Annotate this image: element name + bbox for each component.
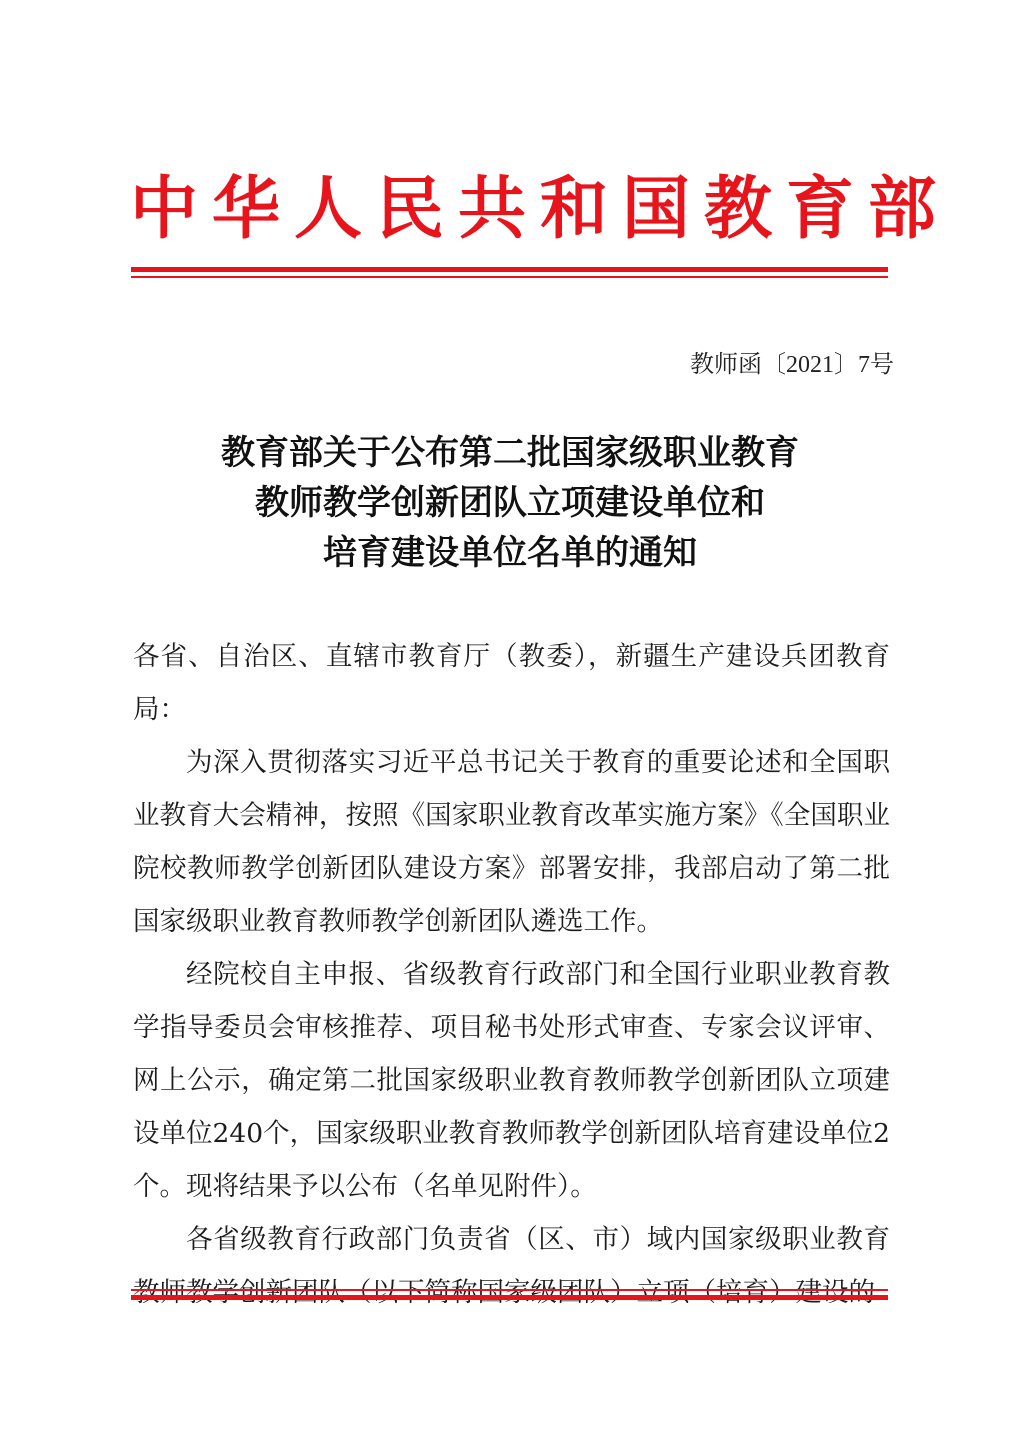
footer-rule-thin (131, 1289, 888, 1291)
body-paragraph: 各省级教育行政部门负责省（区、市）域内国家级职业教育教师教学创新团队（以下简称国… (133, 1213, 890, 1319)
salutation: 各省、自治区、直辖市教育厅（教委），新疆生产建设兵团教育局： (133, 630, 890, 736)
body-paragraph: 经院校自主申报、省级教育行政部门和全国行业职业教育教学指导委员会审核推荐、项目秘… (133, 948, 890, 1213)
masthead-title: 中华人民共和国教育部 (130, 170, 890, 250)
document-title-line: 教育部关于公布第二批国家级职业教育 (130, 428, 890, 478)
masthead-rule-thick (131, 267, 888, 272)
document-body: 各省、自治区、直辖市教育厅（教委），新疆生产建设兵团教育局： 为深入贯彻落实习近… (133, 630, 890, 1319)
masthead-rule-thin (131, 276, 888, 278)
document-number: 教师函〔2021〕7号 (690, 348, 894, 382)
body-paragraph: 为深入贯彻落实习近平总书记关于教育的重要论述和全国职业教育大会精神，按照《国家职… (133, 736, 890, 948)
document-title-line: 教师教学创新团队立项建设单位和 (130, 478, 890, 528)
document-title: 教育部关于公布第二批国家级职业教育 教师教学创新团队立项建设单位和 培育建设单位… (130, 428, 890, 578)
footer-rule-thick (131, 1295, 888, 1300)
document-title-line: 培育建设单位名单的通知 (130, 528, 890, 578)
